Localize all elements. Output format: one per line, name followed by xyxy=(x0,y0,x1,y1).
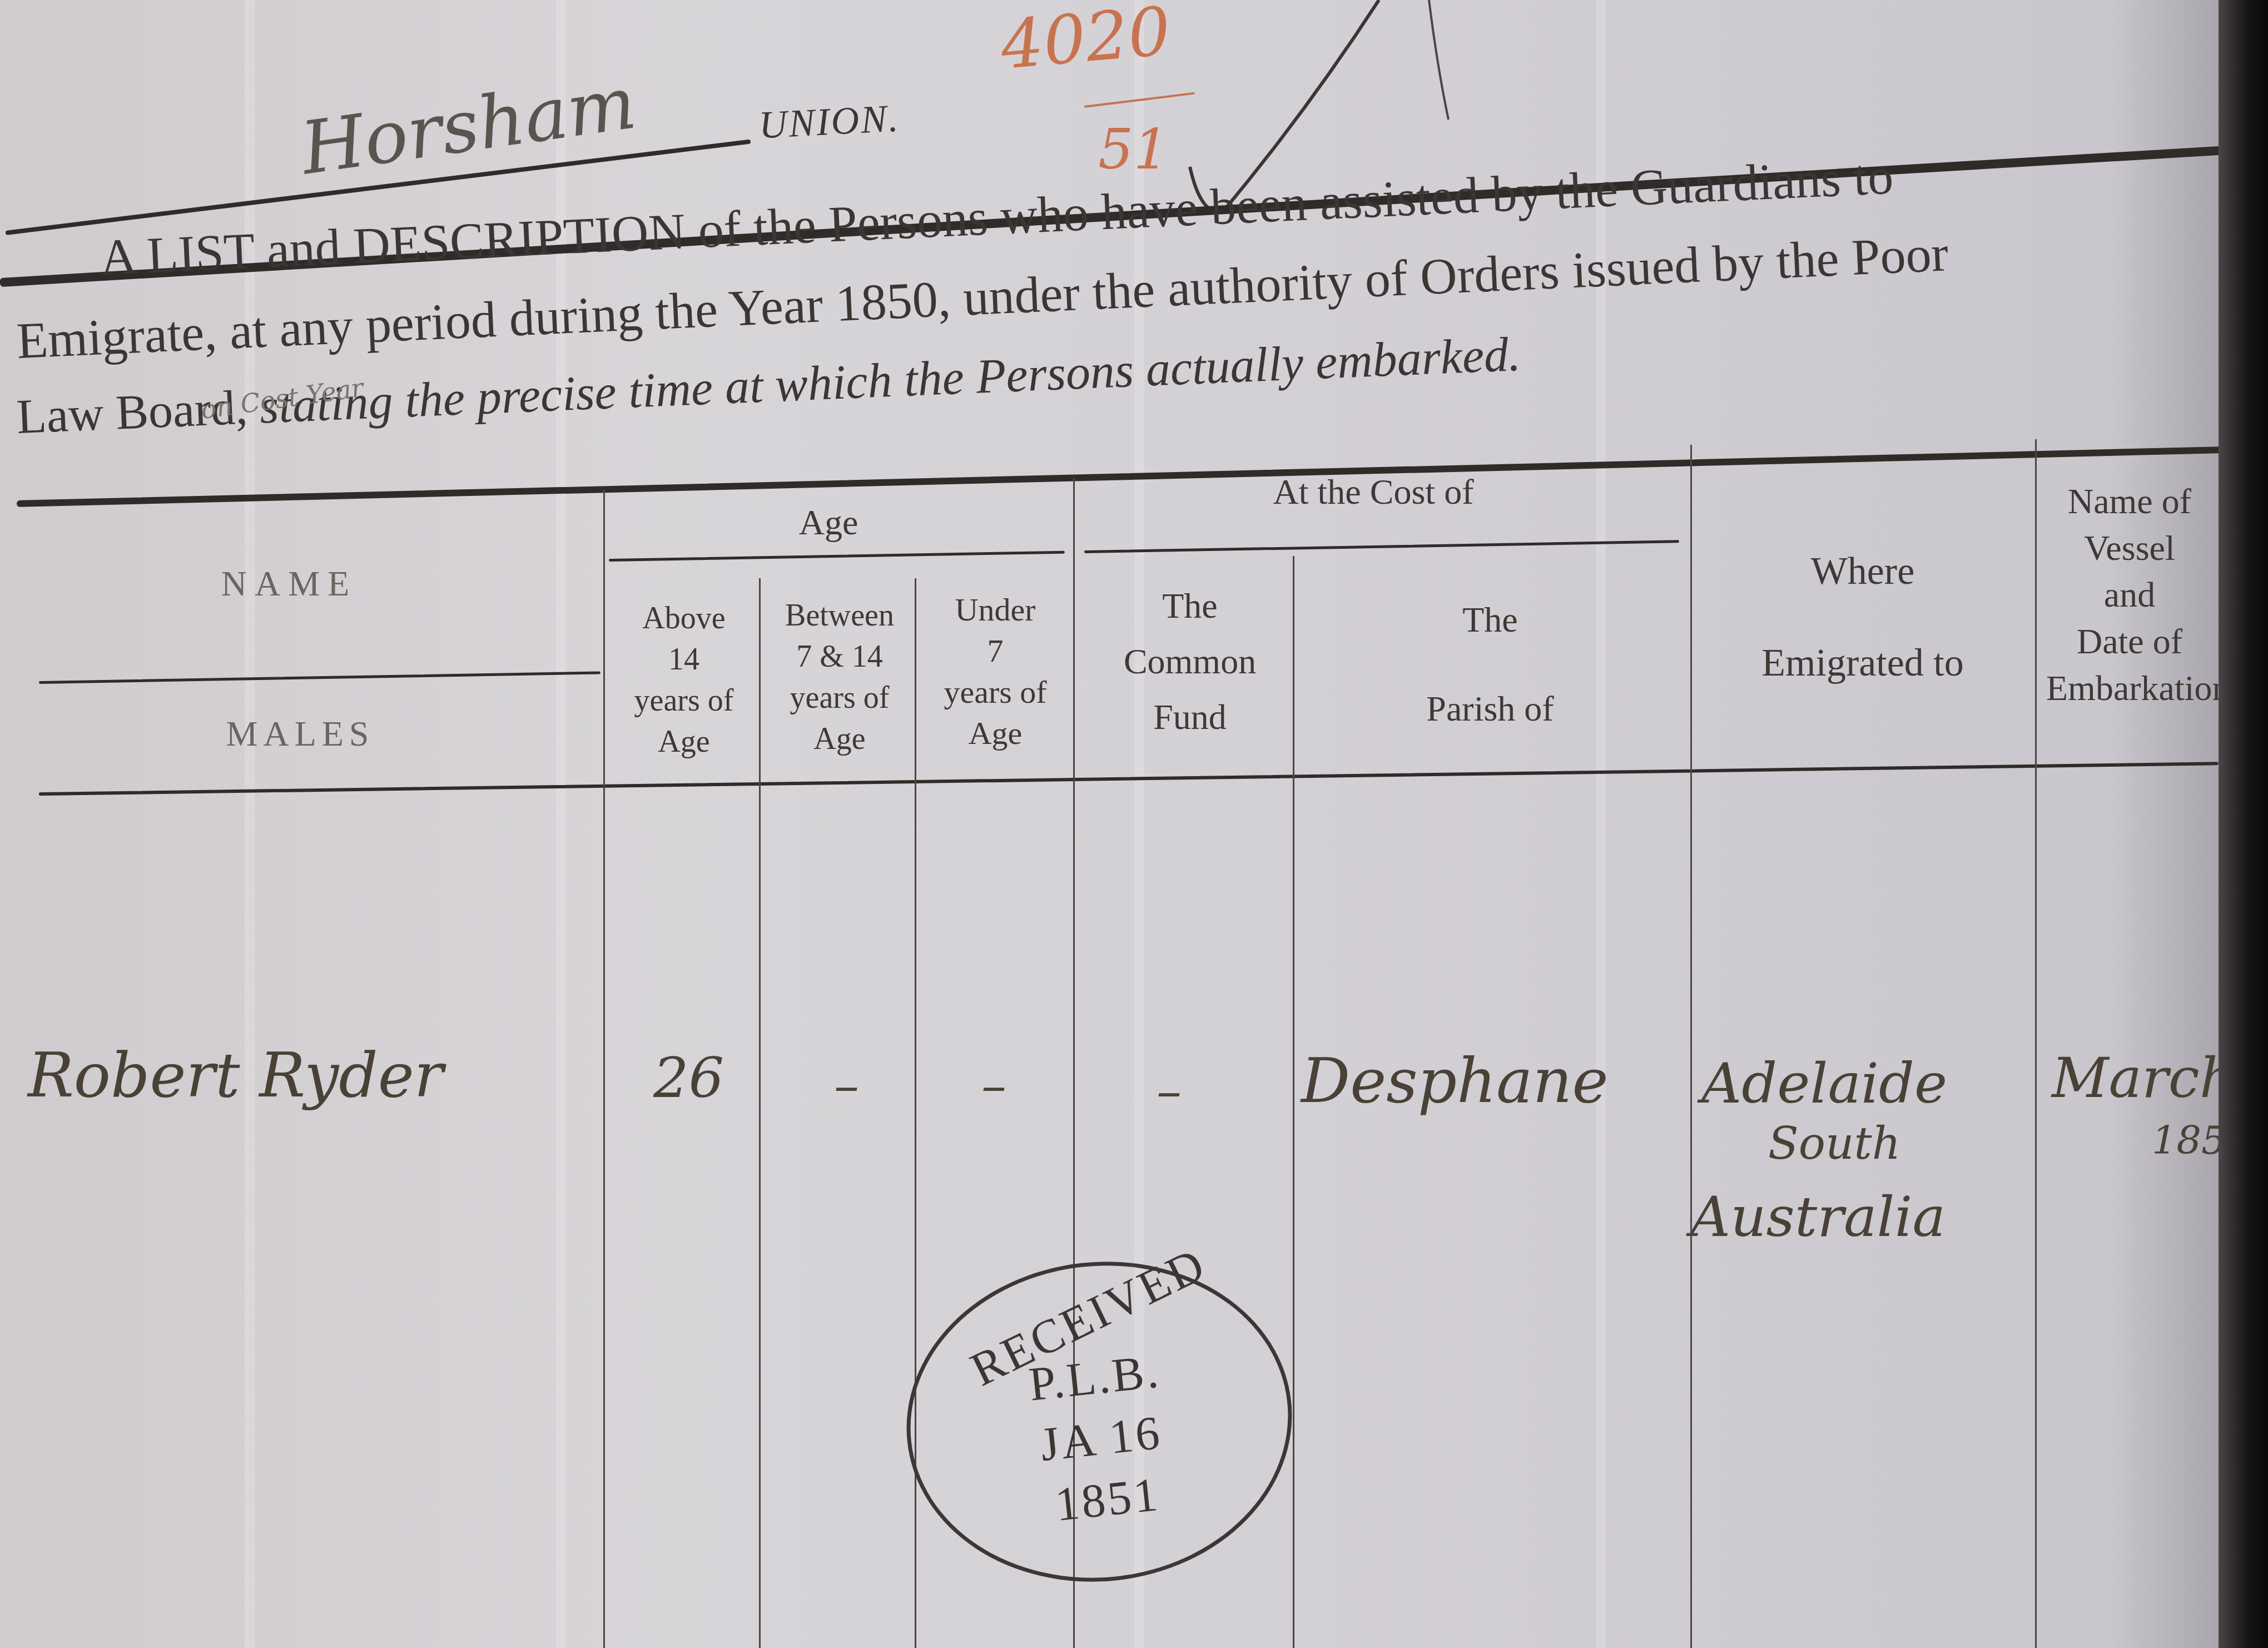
cell-parish: Desphane xyxy=(1301,1045,1609,1116)
document-page: Horsham UNION. 4020 51 5 A LIST and DESC… xyxy=(0,0,2219,1648)
name-divider-rule xyxy=(39,671,601,684)
header-age-group: Age xyxy=(767,500,890,545)
header-where: Where Emigrated to xyxy=(1696,525,2029,709)
header-age-under-7: Under 7 years of Age xyxy=(917,589,1073,754)
header-bottom-rule xyxy=(39,762,2219,796)
cell-age-under-7: – xyxy=(981,1056,1006,1115)
header-cost-group: At the Cost of xyxy=(1179,470,1568,514)
age-group-rule xyxy=(609,551,1065,562)
cell-vessel-date-line-2: 185 xyxy=(2152,1118,2219,1163)
cell-where-line-3: Australia xyxy=(1690,1184,1946,1249)
cell-common-fund: – xyxy=(1157,1062,1182,1120)
header-common-fund: The Common Fund xyxy=(1090,578,1290,745)
union-name: Horsham xyxy=(296,61,641,191)
header-parish: The Parish of xyxy=(1301,575,1679,753)
cost-group-rule xyxy=(1084,540,1679,553)
column-divider xyxy=(603,489,605,1648)
header-name: NAME xyxy=(189,562,389,606)
cell-age-above-14: 26 xyxy=(653,1045,724,1110)
column-divider xyxy=(2035,439,2037,1648)
union-label: UNION. xyxy=(758,96,901,148)
header-age-above-14: Above 14 years of Age xyxy=(612,598,756,762)
header-age-7-to-14: Between 7 & 14 years of Age xyxy=(762,595,917,760)
reference-number-top: 4020 xyxy=(998,0,1174,85)
cell-name: Robert Ryder xyxy=(28,1040,443,1111)
table-top-rule xyxy=(17,446,2219,507)
column-divider xyxy=(759,578,761,1648)
book-binding-edge xyxy=(2219,0,2268,1648)
reference-number-bottom: 51 xyxy=(1098,117,1169,182)
column-divider xyxy=(915,578,916,1648)
cell-where-line-2: South xyxy=(1768,1118,1900,1169)
header-vessel: Name of Vessel and Date of Embarkation xyxy=(2046,478,2213,712)
cell-where-line-1: Adelaide xyxy=(1701,1051,1947,1116)
header-males: MALES xyxy=(189,712,411,756)
cell-vessel-date-line-1: March xyxy=(2052,1045,2219,1110)
received-stamp: RECEIVED P.L.B. JA 16 1851 xyxy=(891,1243,1308,1600)
cell-age-7-to-14: – xyxy=(834,1056,859,1115)
column-divider xyxy=(1690,445,1692,1648)
